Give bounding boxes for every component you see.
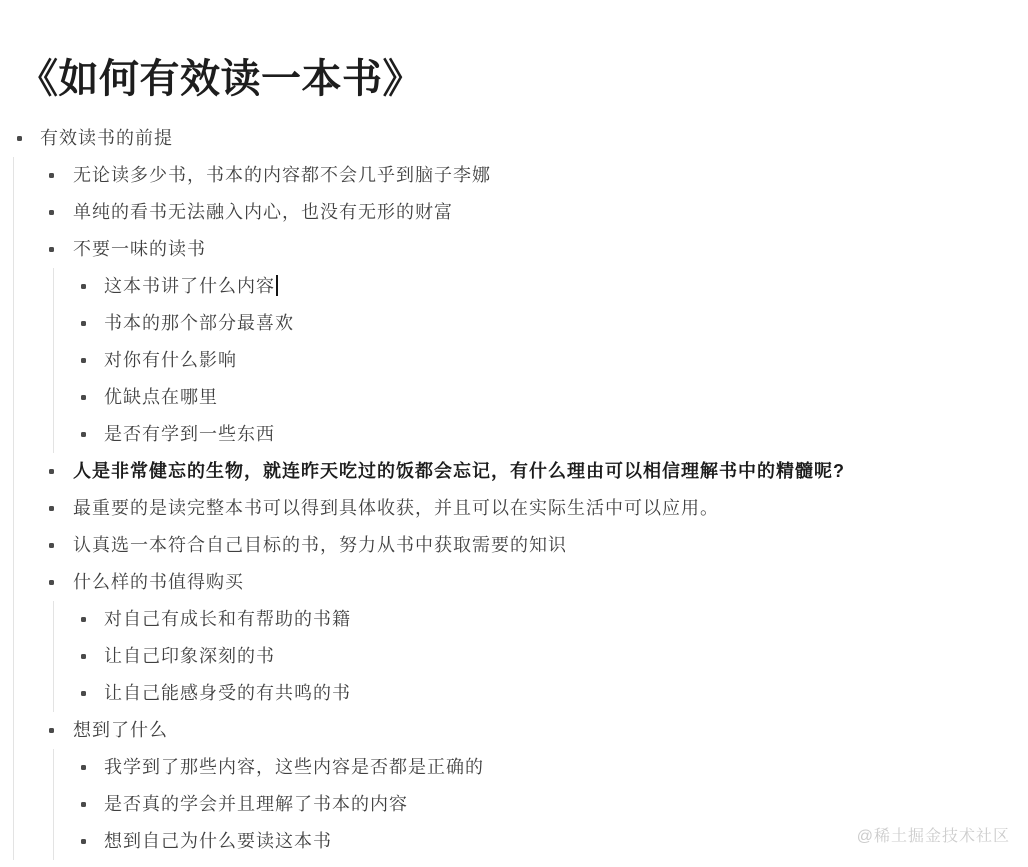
outline-item-text: 对自己有成长和有帮助的书籍 <box>104 609 351 629</box>
outline-item[interactable]: 书本的那个部分最喜欢 <box>0 305 1028 342</box>
outline-item[interactable]: 让自己能感身受的有共鸣的书 <box>0 675 1028 712</box>
outline-item[interactable]: 无论读多少书，书本的内容都不会几乎到脑子李娜 <box>0 157 1028 194</box>
outline-item-text: 无论读多少书，书本的内容都不会几乎到脑子李娜 <box>73 165 491 185</box>
bullet-icon <box>81 321 86 326</box>
outline-item-text: 想到自己为什么要读这本书 <box>104 831 332 851</box>
outline-item[interactable]: 想到了什么 <box>0 712 1028 749</box>
outline-item[interactable]: 我学到了那些内容，这些内容是否都是正确的 <box>0 749 1028 786</box>
outline-item[interactable]: 这本书讲了什么内容 <box>0 268 1028 305</box>
text-caret <box>276 275 278 296</box>
outline-item-text: 是否真的学会并且理解了书本的内容 <box>104 794 408 814</box>
outline-item-text: 让自己能感身受的有共鸣的书 <box>104 683 351 703</box>
outline-item[interactable]: 认真选一本符合自己目标的书，努力从书中获取需要的知识 <box>0 527 1028 564</box>
outline-item[interactable]: 对你有什么影响 <box>0 342 1028 379</box>
bullet-icon <box>81 691 86 696</box>
bullet-icon <box>81 839 86 844</box>
outline-item-text: 让自己印象深刻的书 <box>104 646 275 666</box>
outline-item-text: 什么样的书值得购买 <box>73 572 244 592</box>
bullet-icon <box>49 543 54 548</box>
bullet-icon <box>49 173 54 178</box>
outline-item-text: 我学到了那些内容，这些内容是否都是正确的 <box>104 757 484 777</box>
bullet-icon <box>17 136 22 141</box>
bullet-icon <box>81 802 86 807</box>
outline-item-text: 优缺点在哪里 <box>104 387 218 407</box>
outline-item[interactable]: 让自己印象深刻的书 <box>0 638 1028 675</box>
bullet-icon <box>81 432 86 437</box>
outline-list: 有效读书的前提 无论读多少书，书本的内容都不会几乎到脑子李娜 单纯的看书无法融入… <box>0 120 1028 860</box>
bullet-icon <box>49 506 54 511</box>
outline-item[interactable]: 不要一味的读书 <box>0 231 1028 268</box>
outline-item[interactable]: 人是非常健忘的生物，就连昨天吃过的饭都会忘记，有什么理由可以相信理解书中的精髓呢… <box>0 453 1028 490</box>
bullet-icon <box>49 247 54 252</box>
watermark: @稀土掘金技术社区 <box>857 823 1010 846</box>
outline-item-text: 不要一味的读书 <box>73 239 206 259</box>
bullet-icon <box>81 395 86 400</box>
outline-item-text: 最重要的是读完整本书可以得到具体收获，并且可以在实际生活中可以应用。 <box>73 498 719 518</box>
outline-item[interactable]: 是否有学到一些东西 <box>0 416 1028 453</box>
outline-item-text: 人是非常健忘的生物，就连昨天吃过的饭都会忘记，有什么理由可以相信理解书中的精髓呢… <box>73 461 845 481</box>
outline-item-text: 单纯的看书无法融入内心，也没有无形的财富 <box>73 202 453 222</box>
outline-item[interactable]: 是否真的学会并且理解了书本的内容 <box>0 786 1028 823</box>
bullet-icon <box>49 469 54 474</box>
outline-item-text: 书本的那个部分最喜欢 <box>104 313 294 333</box>
outline-item-text: 对你有什么影响 <box>104 350 237 370</box>
outline-item[interactable]: 最重要的是读完整本书可以得到具体收获，并且可以在实际生活中可以应用。 <box>0 490 1028 527</box>
outline-item[interactable]: 单纯的看书无法融入内心，也没有无形的财富 <box>0 194 1028 231</box>
outline-item-text: 想到了什么 <box>73 720 168 740</box>
outline-item-text: 这本书讲了什么内容 <box>104 276 275 296</box>
bullet-icon <box>81 284 86 289</box>
bullet-icon <box>81 654 86 659</box>
page-title[interactable]: 《如何有效读一本书》 <box>18 47 423 104</box>
bullet-icon <box>49 580 54 585</box>
outline-item[interactable]: 什么样的书值得购买 <box>0 564 1028 601</box>
bullet-icon <box>49 210 54 215</box>
outline-item[interactable]: 对自己有成长和有帮助的书籍 <box>0 601 1028 638</box>
outline-item-text: 认真选一本符合自己目标的书，努力从书中获取需要的知识 <box>73 535 567 555</box>
bullet-icon <box>49 728 54 733</box>
outline-item-text: 有效读书的前提 <box>40 128 173 148</box>
bullet-icon <box>81 765 86 770</box>
outline-item[interactable]: 有效读书的前提 <box>0 120 1028 157</box>
bullet-icon <box>81 358 86 363</box>
outline-item[interactable]: 优缺点在哪里 <box>0 379 1028 416</box>
bullet-icon <box>81 617 86 622</box>
outline-item-text: 是否有学到一些东西 <box>104 424 275 444</box>
